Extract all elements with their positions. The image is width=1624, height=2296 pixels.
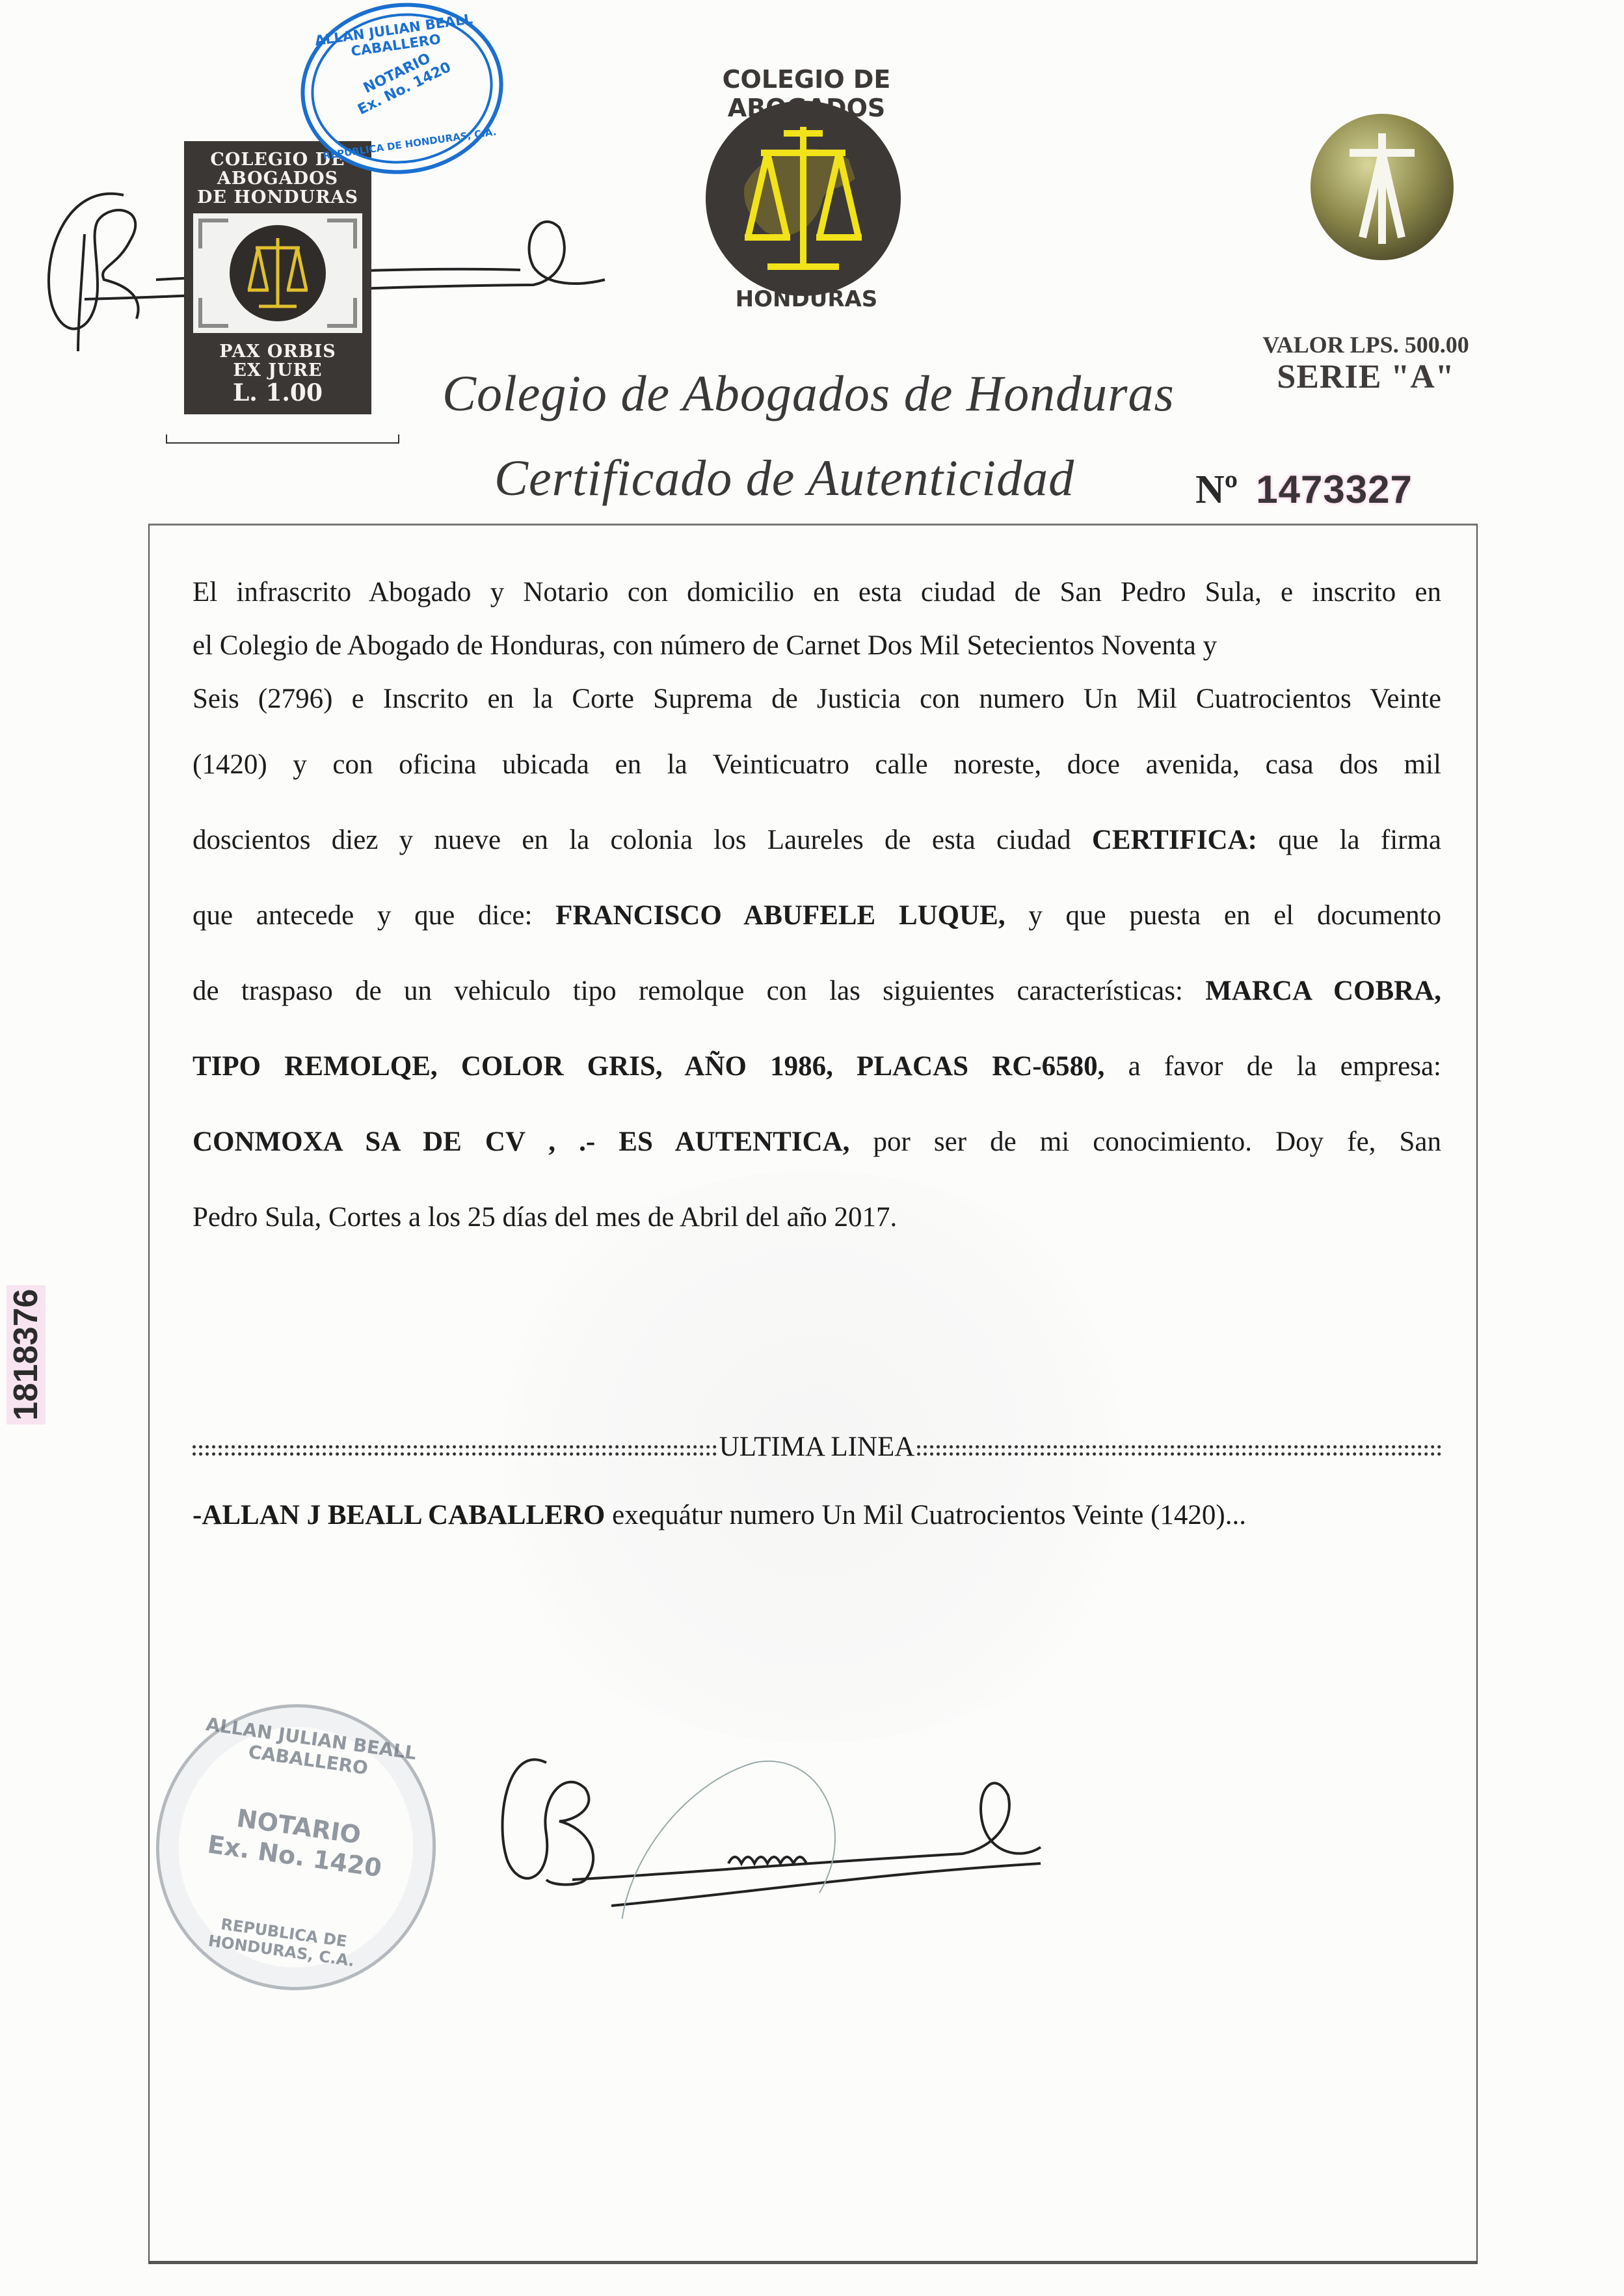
body-line-6: que antecede y que dice: FRANCISCO ABUFE… [193,878,1441,954]
number-label: Nº [1195,468,1238,512]
body-line-2: el Colegio de Abogado de Honduras, con n… [193,618,1441,674]
number-value: 1473327 [1256,468,1413,511]
certificate-number: Nº1473327 [1195,467,1413,513]
exequatur-text: exequátur numero Un Mil Cuatrocientos Ve… [605,1500,1246,1530]
body-line-4: (1420) y con oficina ubicada en la Veint… [193,727,1441,803]
certificate-body: El infrascrito Abogado y Notario con dom… [193,565,1441,1255]
company-name: CONMOXA SA DE CV , .- ES AUTENTICA, [193,1127,849,1157]
vehicle-brand: MARCA COBRA, [1205,976,1441,1006]
stamp-line-2: ABOGADOS [184,169,371,188]
colegio-logo: COLEGIO DE ABOGADOS HONDURAS [676,65,937,312]
body-line-8: TIPO REMOLQE, COLOR GRIS, AÑO 1986, PLAC… [193,1029,1441,1104]
body-line-3: Seis (2796) e Inscrito en la Corte Supre… [193,671,1441,727]
ultima-linea: ULTIMA LINEA [193,1431,1441,1463]
stamp-value: L. 1.00 [184,380,371,406]
signer-name: FRANCISCO ABUFELE LUQUE, [555,900,1005,931]
stamp-artwork [193,213,362,333]
stamp-underline [166,434,399,444]
logo-bottom-text: HONDURAS [676,286,937,312]
exequatur-line: -ALLAN J BEALL CABALLERO exequátur numer… [193,1499,1246,1531]
scales-of-justice-icon [230,225,326,321]
body-line-7: de traspaso de un vehiculo tipo remolque… [193,954,1441,1029]
ornament-icon [327,219,357,248]
scales-of-justice-icon [706,101,901,296]
side-serial-number: 1818376 [7,1285,46,1424]
body-line-9: CONMOXA SA DE CV , .- ES AUTENTICA, por … [193,1104,1441,1180]
stamp-motto-1: PAX ORBIS [184,342,371,361]
ornament-icon [327,298,357,328]
body-line-1: El infrascrito Abogado y Notario con dom… [193,565,1441,621]
ornament-icon [198,298,228,328]
hologram-seal-icon [1311,114,1454,260]
notary-signature [455,1724,1106,1919]
dotted-rule [193,1445,717,1456]
stamp-line-3: DE HONDURAS [184,188,371,207]
notary-name: -ALLAN J BEALL CABALLERO [193,1500,605,1530]
certifica-label: CERTIFICA: [1092,825,1257,855]
serie-label: SERIE "A" [1249,358,1483,397]
stamp-motto-2: EX JURE [184,361,371,380]
document-title: Colegio de Abogados de Honduras [442,364,1175,423]
seal-center: NOTARIO Ex. No. 1420 [157,1793,436,1890]
ornament-icon [198,219,228,248]
vehicle-details: TIPO REMOLQE, COLOR GRIS, AÑO 1986, PLAC… [193,1051,1104,1082]
ultima-linea-label: ULTIMA LINEA [717,1431,918,1463]
document-subtitle: Certificado de Autenticidad [494,449,1074,507]
valor-amount: VALOR LPS. 500.00 [1249,332,1483,358]
valor-block: VALOR LPS. 500.00 SERIE "A" [1249,332,1483,397]
body-line-5: doscientos diez y nueve en la colonia lo… [193,803,1441,878]
revenue-stamp: COLEGIO DE ABOGADOS DE HONDURAS PAX ORBI… [184,141,371,414]
body-line-10: Pedro Sula, Cortes a los 25 días del mes… [193,1180,1441,1255]
dotted-rule [917,1445,1441,1456]
